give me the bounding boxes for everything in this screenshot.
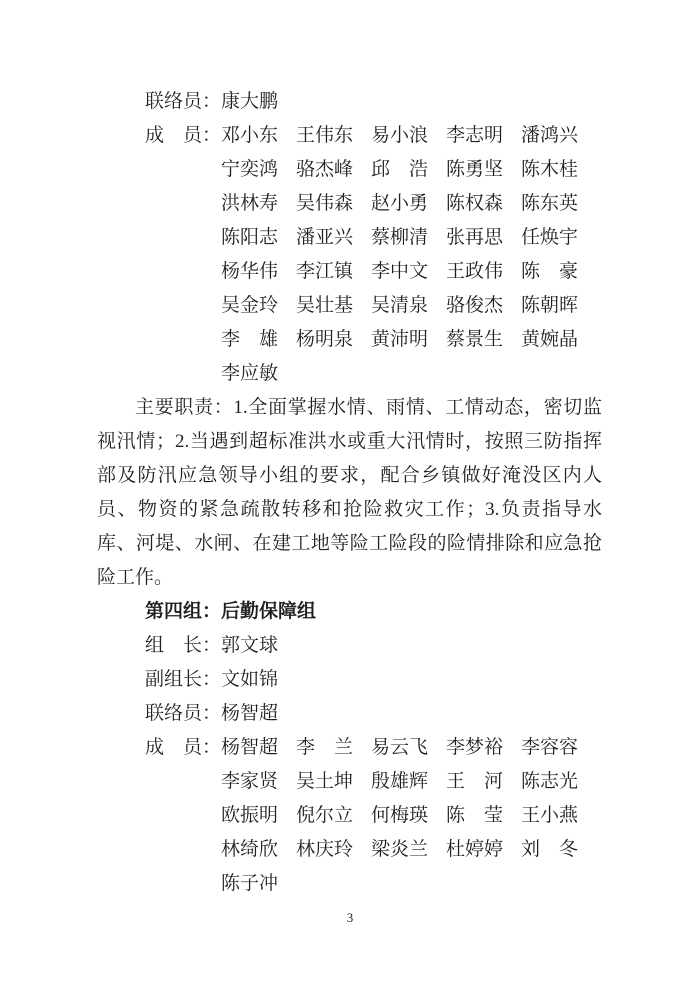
member-name: 王伟东 xyxy=(296,119,371,153)
member-name: 陈阳志 xyxy=(221,221,296,255)
member-name: 洪林寿 xyxy=(221,187,296,221)
members-label: 成 员： xyxy=(145,731,221,765)
leader-label: 组 长： xyxy=(145,629,221,663)
member-name: 邱 浩 xyxy=(371,153,446,187)
group-four-deputy-line: 副组长：文如锦 xyxy=(145,663,602,697)
member-row: 林绮欣林庆玲梁炎兰杜婷婷刘 冬 xyxy=(221,833,596,867)
member-name: 李容容 xyxy=(521,731,596,765)
member-row: 杨华伟李江镇李中文王政伟陈 豪 xyxy=(221,255,596,289)
member-name: 林绮欣 xyxy=(221,833,296,867)
member-name: 林庆玲 xyxy=(296,833,371,867)
member-name: 王政伟 xyxy=(446,255,521,289)
group-four-leader-line: 组 长：郭文球 xyxy=(145,629,602,663)
member-name: 吴伟森 xyxy=(296,187,371,221)
member-name: 李江镇 xyxy=(296,255,371,289)
member-name: 陈权森 xyxy=(446,187,521,221)
member-name: 王小燕 xyxy=(521,799,596,833)
member-name: 陈 莹 xyxy=(446,799,521,833)
member-name: 黄沛明 xyxy=(371,323,446,357)
member-row: 宁奕鸿骆杰峰邱 浩陈勇坚陈木桂 xyxy=(221,153,596,187)
member-row: 李应敏 xyxy=(221,357,596,391)
member-name: 李梦裕 xyxy=(446,731,521,765)
member-name: 骆杰峰 xyxy=(296,153,371,187)
member-name: 杨明泉 xyxy=(296,323,371,357)
member-name: 骆俊杰 xyxy=(446,289,521,323)
page-number: 3 xyxy=(0,910,700,926)
member-name: 梁炎兰 xyxy=(371,833,446,867)
deputy-name: 文如锦 xyxy=(221,669,278,690)
leader-name: 郭文球 xyxy=(221,635,278,656)
liaison-label: 联络员： xyxy=(145,697,221,731)
deputy-label: 副组长： xyxy=(145,663,221,697)
member-name: 陈朝晖 xyxy=(521,289,596,323)
member-name: 邓小东 xyxy=(221,119,296,153)
member-name: 李志明 xyxy=(446,119,521,153)
member-name: 易小浪 xyxy=(371,119,446,153)
member-row: 欧振明倪尔立何梅瑛陈 莹王小燕 xyxy=(221,799,596,833)
member-name: 李中文 xyxy=(371,255,446,289)
member-name: 倪尔立 xyxy=(296,799,371,833)
document-page: 联络员：康大鹏 成 员：邓小东王伟东易小浪李志明潘鸿兴宁奕鸿骆杰峰邱 浩陈勇坚陈… xyxy=(0,0,700,990)
member-name: 宁奕鸿 xyxy=(221,153,296,187)
member-rows: 邓小东王伟东易小浪李志明潘鸿兴宁奕鸿骆杰峰邱 浩陈勇坚陈木桂洪林寿吴伟森赵小勇陈… xyxy=(221,119,596,391)
member-rows: 杨智超李 兰易云飞李梦裕李容容李家贤吴土坤殷雄辉王 河陈志光欧振明倪尔立何梅瑛陈… xyxy=(221,731,596,901)
member-name: 赵小勇 xyxy=(371,187,446,221)
liaison-name: 杨智超 xyxy=(221,703,278,724)
member-name: 何梅瑛 xyxy=(371,799,446,833)
member-name: 王 河 xyxy=(446,765,521,799)
member-row: 洪林寿吴伟森赵小勇陈权森陈东英 xyxy=(221,187,596,221)
member-name: 蔡景生 xyxy=(446,323,521,357)
member-row: 陈阳志潘亚兴蔡柳清张再思任焕宇 xyxy=(221,221,596,255)
member-name: 吴清泉 xyxy=(371,289,446,323)
member-name: 殷雄辉 xyxy=(371,765,446,799)
member-name: 欧振明 xyxy=(221,799,296,833)
member-name: 吴金玲 xyxy=(221,289,296,323)
prev-group-liaison-line: 联络员：康大鹏 xyxy=(145,85,602,119)
member-row: 邓小东王伟东易小浪李志明潘鸿兴 xyxy=(221,119,596,153)
member-name: 陈 豪 xyxy=(521,255,596,289)
group-four-members: 成 员：杨智超李 兰易云飞李梦裕李容容李家贤吴土坤殷雄辉王 河陈志光欧振明倪尔立… xyxy=(145,731,602,901)
liaison-name: 康大鹏 xyxy=(221,91,278,112)
prev-group-members: 成 员：邓小东王伟东易小浪李志明潘鸿兴宁奕鸿骆杰峰邱 浩陈勇坚陈木桂洪林寿吴伟森… xyxy=(145,119,602,391)
member-name: 刘 冬 xyxy=(521,833,596,867)
member-row: 吴金玲吴壮基吴清泉骆俊杰陈朝晖 xyxy=(221,289,596,323)
member-name: 黄婉晶 xyxy=(521,323,596,357)
document-content: 联络员：康大鹏 成 员：邓小东王伟东易小浪李志明潘鸿兴宁奕鸿骆杰峰邱 浩陈勇坚陈… xyxy=(97,85,602,901)
member-name: 陈志光 xyxy=(521,765,596,799)
member-name: 陈子冲 xyxy=(221,867,296,901)
member-row: 李 雄杨明泉黄沛明蔡景生黄婉晶 xyxy=(221,323,596,357)
member-row: 李家贤吴土坤殷雄辉王 河陈志光 xyxy=(221,765,596,799)
member-name: 任焕宇 xyxy=(521,221,596,255)
group-four-heading: 第四组：后勤保障组 xyxy=(145,595,602,629)
group-four-liaison-line: 联络员：杨智超 xyxy=(145,697,602,731)
member-name: 杨智超 xyxy=(221,731,296,765)
member-name: 陈东英 xyxy=(521,187,596,221)
member-name: 吴壮基 xyxy=(296,289,371,323)
member-name: 潘亚兴 xyxy=(296,221,371,255)
member-row: 陈子冲 xyxy=(221,867,596,901)
member-name: 陈木桂 xyxy=(521,153,596,187)
member-name: 李 雄 xyxy=(221,323,296,357)
member-name: 陈勇坚 xyxy=(446,153,521,187)
member-name: 吴土坤 xyxy=(296,765,371,799)
member-name: 蔡柳清 xyxy=(371,221,446,255)
member-name: 李应敏 xyxy=(221,357,296,391)
member-name: 李家贤 xyxy=(221,765,296,799)
liaison-label: 联络员： xyxy=(145,85,221,119)
member-name: 李 兰 xyxy=(296,731,371,765)
member-name: 杜婷婷 xyxy=(446,833,521,867)
member-name: 张再思 xyxy=(446,221,521,255)
member-name: 易云飞 xyxy=(371,731,446,765)
member-row: 杨智超李 兰易云飞李梦裕李容容 xyxy=(221,731,596,765)
duties-paragraph: 主要职责：1.全面掌握水情、雨情、工情动态，密切监视汛情；2.当遇到超标准洪水或… xyxy=(97,391,602,595)
member-name: 杨华伟 xyxy=(221,255,296,289)
member-name: 潘鸿兴 xyxy=(521,119,596,153)
members-label: 成 员： xyxy=(145,119,221,153)
